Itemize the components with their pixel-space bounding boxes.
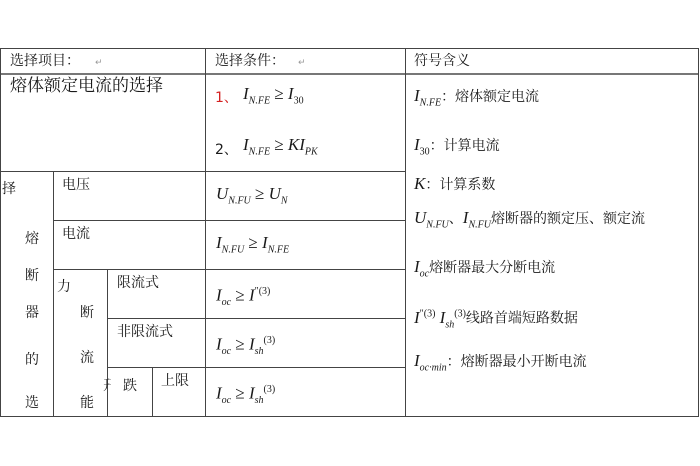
row-label-upper-limit: 上限 xyxy=(161,373,189,389)
table-border-left xyxy=(0,48,1,417)
capacity-label-char: 流 xyxy=(80,347,94,367)
upper-limit-condition: Ioc ≥ Ish(3) xyxy=(216,382,275,409)
vertical-label-char: 选 xyxy=(25,392,39,412)
row-divider xyxy=(53,220,405,221)
condition-1-formula: IN.FE ≥ I30 xyxy=(243,86,304,109)
capacity-label-char: 力 xyxy=(57,276,71,296)
meaning-calc-coefficient: K：计算系数 xyxy=(414,176,495,193)
row-divider xyxy=(107,318,405,319)
row-divider xyxy=(53,269,405,270)
row-label-non-current-limiting: 非限流式 xyxy=(117,324,173,340)
condition-2-number: 2、 xyxy=(215,142,238,158)
current-condition: IN.FU ≥ IN.FE xyxy=(216,235,289,258)
meaning-min-breaking-current: Ioc·min：熔断器最小开断电流 xyxy=(414,353,587,376)
header-divider xyxy=(0,73,699,75)
meaning-short-circuit-data: I"(3) Ish(3)线路首端短路数据 xyxy=(414,306,578,333)
vertical-label-char: 器 xyxy=(25,302,39,322)
condition-1-number: 1、 xyxy=(215,90,238,106)
vertical-label-char: 择 xyxy=(2,178,16,198)
meaning-fuse-rated-current: IN.FE：熔体额定电流 xyxy=(414,88,539,111)
paragraph-mark: ↵ xyxy=(298,58,306,68)
col-divider xyxy=(205,48,206,417)
col-divider xyxy=(405,48,406,417)
row-label-current-limiting: 限流式 xyxy=(117,275,159,291)
header-meaning: 符号含义 xyxy=(414,53,470,69)
table-border-top xyxy=(0,48,699,49)
paragraph-mark: ↵ xyxy=(95,58,103,68)
header-condition: 选择条件： xyxy=(215,53,285,69)
vertical-label-char: 的 xyxy=(25,349,39,369)
row-divider xyxy=(0,171,405,172)
header-item: 选择项目： xyxy=(10,53,80,69)
capacity-label-char: 断 xyxy=(80,302,94,322)
table-border-right xyxy=(698,48,699,417)
row-label-voltage: 电压 xyxy=(62,177,90,193)
inner-divider xyxy=(53,171,54,417)
vertical-label-char: 断 xyxy=(25,265,39,285)
meaning-max-breaking-current: Ioc熔断器最大分断电流 xyxy=(414,259,555,282)
trip-label-char: 幵 xyxy=(103,375,111,395)
current-limiting-condition: Ioc ≥ I"(3) xyxy=(216,284,270,311)
meaning-fuse-rated-voltage-current: UN.FU、IN.FU熔断器的额定压、额定流 xyxy=(414,210,645,233)
meaning-calculated-current: I30：计算电流 xyxy=(414,137,500,160)
condition-2-formula: IN.FE ≥ KIPK xyxy=(243,137,318,160)
non-current-limiting-condition: Ioc ≥ Ish(3) xyxy=(216,333,275,360)
capacity-label-char: 能 xyxy=(80,392,94,412)
trip-label-char: 跌 xyxy=(123,375,137,395)
voltage-condition: UN.FU ≥ UN xyxy=(216,186,288,209)
inner-divider xyxy=(152,367,153,417)
vertical-label-char: 熔 xyxy=(25,228,39,248)
fuse-rated-current-label: 熔体额定电流的选择 xyxy=(10,78,163,94)
row-label-current: 电流 xyxy=(62,226,90,242)
table-border-bottom xyxy=(0,416,699,417)
